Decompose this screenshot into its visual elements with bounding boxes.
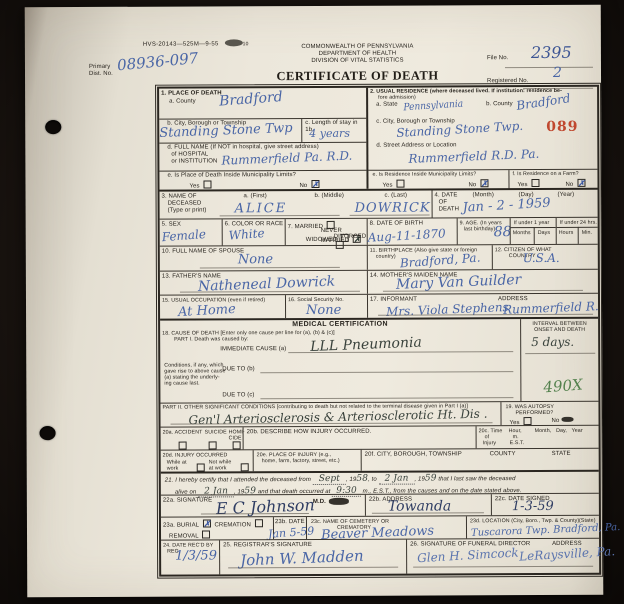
burial-location-value: Tuscarora Twp. Bradford, Pa. [471, 522, 621, 539]
box1e-no-checkbox: ✗ [311, 180, 319, 188]
race-section: 6. COLOR OR RACE White [222, 219, 285, 245]
mother-name-section: 14. MOTHER'S MAIDEN NAME Mary Van Guilde… [367, 270, 598, 294]
attendance-certification-row: 21. I hereby certify that I attended the… [161, 470, 599, 495]
age-section: 9. AGE. (In years last birthday) 88 [457, 218, 510, 244]
form-number: HVS-20143—525M—9-55 10 [143, 39, 249, 49]
funeral-director-address-value: LeRaysville, Pa. [519, 544, 616, 563]
sex-value: Female [161, 227, 206, 244]
cause-of-death-section: MEDICAL CERTIFICATION 18. CAUSE OF DEATH… [160, 319, 520, 403]
oval-stamp-icon [225, 39, 243, 46]
box1e-yes-checkbox [203, 180, 211, 188]
homicide-checkbox [233, 441, 241, 449]
immediate-cause-label: IMMEDIATE CAUSE (a) [220, 346, 286, 353]
box2c-district-code: 089 [546, 119, 578, 135]
age-under-24-hrs: If under 24 hrs. Hours Min. [556, 218, 598, 244]
interval-value: 5 days. [531, 335, 574, 349]
year-label: (Year) [558, 192, 575, 199]
due-to-b-label: DUE TO (b) [222, 366, 254, 373]
burial-cremation-section: 23a. BURIAL ✗ CREMATION REMOVAL [161, 517, 273, 539]
interval-column: INTERVAL BETWEEN ONSET AND DEATH 5 days.… [520, 319, 598, 401]
signature-stamp-mark [329, 498, 349, 505]
physician-signature-row: 22a. SIGNATURE E C Johnson M.D. 22b. ADD… [161, 493, 599, 517]
occupation-ssn-informant-row: 15. USUAL OCCUPATION (even if retired) A… [160, 293, 598, 319]
physician-signature-section: 22a. SIGNATURE E C Johnson M.D. [161, 495, 365, 517]
date-signed-section: 22c. DATE SIGNED 1-3-59 [491, 494, 599, 515]
last-name-label: c. (Last) [385, 193, 408, 200]
father-name-section: 13. FATHER'S NAME Natheneal Dowrick [160, 271, 367, 295]
informant-section: 17. INFORMANT ADDRESS Mrs. Viola Stephen… [367, 294, 598, 318]
attended-from-value: Sept [313, 474, 346, 485]
hole-punch [45, 120, 61, 134]
box2a-label: a. State [376, 102, 398, 109]
middle-name-label: b. (Middle) [315, 193, 344, 200]
parents-row: 13. FATHER'S NAME Natheneal Dowrick 14. … [160, 269, 598, 295]
spouse-value: None [238, 252, 273, 267]
time-of-injury-section: 20c. Time of Injury Hour, m. E.S.T. Mont… [476, 426, 599, 449]
cremation-checkbox [255, 519, 263, 527]
box1c-value: 4 years [309, 127, 350, 140]
box1e-label: e. Is Place of Death Inside Municipality… [167, 172, 296, 180]
stamp-number: 10 [243, 41, 249, 47]
injury-occurred-section: 20d. INJURY OCCURRED While at work Not w… [161, 450, 253, 471]
ssn-section: 16. Social Security No. None [285, 295, 367, 318]
citizenship-section: 12. CITIZEN OF WHAT COUNTRY U.S.A. [492, 245, 598, 269]
registrar-row: 24. DATE REC'D BY REG. 1/3/59 25. REGIST… [161, 538, 599, 575]
photo-background: HVS-20143—525M—9-55 10 Primary Dist. No.… [0, 0, 624, 604]
birthplace-section: 11. BIRTHPLACE (Also give state or forei… [367, 245, 492, 270]
due-to-c-label: DUE TO (c) [222, 392, 254, 399]
part-two-row: PART II. OTHER SIGNIFICANT CONDITIONS [c… [160, 401, 598, 427]
place-of-death-section: 1. PLACE OF DEATH a. County Bradford b. … [159, 88, 366, 190]
autopsy-yes-checkbox [523, 417, 531, 425]
age-under-1-year: If under 1 year Months Days [510, 218, 556, 244]
accident-checkbox [179, 442, 187, 450]
spouse-section: 10. FULL NAME OF SPOUSE None [160, 246, 367, 271]
suicide-checkbox [209, 441, 217, 449]
cause-code-value: 490X [543, 375, 584, 396]
name-and-death-date-row: 3. NAME OF DECEASED (Type or print) a. (… [160, 188, 598, 219]
box1a-label: a. County [169, 99, 196, 106]
file-no-rule [505, 67, 593, 68]
usual-residence-section: 2. USUAL RESIDENCE (where deceased lived… [366, 87, 597, 189]
date-signed-value: 1-3-59 [512, 499, 554, 514]
box1-title: 1. PLACE OF DEATH [161, 90, 222, 97]
while-at-work-checkbox [197, 463, 205, 471]
sex-section: 5. SEX Female [160, 219, 222, 245]
injury-place-row: 20d. INJURY OCCURRED While at work Not w… [161, 448, 599, 472]
box2f-label: f. Is Residence on a Farm? [512, 171, 578, 178]
medical-certification-block: MEDICAL CERTIFICATION 18. CAUSE OF DEATH… [160, 317, 598, 403]
medical-certification-title: MEDICAL CERTIFICATION [160, 319, 520, 330]
box2e-label: e. Is Residence Inside Municipality Limi… [372, 171, 476, 178]
injury-type-row: 20a. ACCIDENT SUICIDE HOMI- CIDE 20b. DE… [161, 425, 599, 450]
spouse-birthplace-citizen-row: 10. FULL NAME OF SPOUSE None 11. BIRTHPL… [160, 244, 598, 271]
box1a-value: Bradford [219, 89, 284, 110]
box2a-value: Pennsylvania [403, 99, 463, 114]
certificate-title: CERTIFICATE OF DEATH [250, 68, 465, 84]
hole-punch [40, 426, 56, 440]
date-of-birth-value: Aug-11-1870 [367, 226, 446, 244]
box2f-no-checkbox: ✗ [577, 179, 585, 187]
box2f-yes-checkbox [531, 179, 539, 187]
burial-row: 23a. BURIAL ✗ CREMATION REMOVAL 23b. DAT… [161, 515, 599, 540]
date-of-birth-section: 8. DATE OF BIRTH Aug-11-1870 [367, 218, 457, 244]
file-no-label: File No. [487, 55, 509, 62]
cemetery-section: 23c. NAME OF CEMETERY OR CREMATORY Beave… [306, 516, 466, 539]
ssn-value: None [306, 303, 341, 318]
other-conditions-section: PART II. OTHER SIGNIFICANT CONDITIONS [c… [160, 402, 500, 426]
describe-injury-section: 20b. DESCRIBE HOW INJURY OCCURRED. [243, 426, 476, 449]
primary-dist-value: 08936-097 [116, 49, 199, 74]
registrar-signature-section: 25. REGISTRAR'S SIGNATURE John W. Madden [219, 540, 406, 575]
marital-status-section: 7. MARRIED WIDOWED NEVER MARRIED ✗ DIVOR… [285, 219, 367, 245]
certificate-form: 1. PLACE OF DEATH a. County Bradford b. … [157, 85, 601, 577]
physician-signature-value: E C Johnson [216, 495, 316, 518]
accident-suicide-homicide-section: 20a. ACCIDENT SUICIDE HOMI- CIDE [161, 427, 243, 449]
attended-to-value: 2 Jan [379, 474, 415, 485]
box2e-yes-checkbox [396, 180, 404, 188]
box2d-label: d. Street Address or Location [376, 142, 456, 150]
burial-location-section: 23d. LOCATION (City, Boro., Twp. & Count… [466, 516, 599, 539]
occupation-section: 15. USUAL OCCUPATION (even if retired) A… [160, 295, 285, 319]
citizenship-value: U.S.A. [523, 251, 560, 265]
injury-location-section: 20f. CITY, BOROUGH, TOWNSHIP COUNTY STAT… [361, 449, 599, 471]
burial-checkbox: ✗ [203, 519, 211, 527]
not-while-at-work-checkbox [241, 463, 249, 471]
funeral-director-section: 26. SIGNATURE OF FUNERAL DIRECTOR ADDRES… [406, 539, 599, 574]
primary-dist-label: Primary Dist. No. [89, 64, 113, 78]
place-of-injury-section: 20e. PLACE OF INJURY (e.g., home, farm, … [253, 450, 361, 471]
registered-no-value: 2 [553, 65, 562, 81]
file-no-value: 2395 [531, 43, 572, 62]
sex-race-marital-birth-age-row: 5. SEX Female 6. COLOR OR RACE White 7. … [160, 217, 598, 246]
last-name-value: DOWRICK [355, 200, 431, 215]
autopsy-no-mark [561, 417, 573, 422]
certification-statement: 21. I hereby certify that I attended the… [161, 472, 599, 495]
first-name-value: ALICE [235, 201, 288, 216]
race-value: White [228, 226, 265, 243]
date-received-section: 24. DATE REC'D BY REG. 1/3/59 [161, 540, 219, 574]
physician-address-section: 22b. ADDRESS Towanda [365, 494, 491, 516]
autopsy-section: 19. WAS AUTOPSY PERFORMED? Yes No [500, 402, 598, 425]
box2e-no-checkbox: ✗ [480, 179, 488, 187]
date-of-death-section: 4. DATE OF DEATH (Month) (Day) (Year) Ja… [432, 190, 598, 218]
occupation-value: At Home [178, 302, 236, 320]
date-received-value: 1/3/59 [175, 548, 217, 563]
name-of-deceased-section: 3. NAME OF DECEASED (Type or print) a. (… [160, 190, 432, 218]
removal-checkbox [202, 530, 210, 538]
burial-date-section: 23b. DATE Jan 5-59 [273, 517, 306, 539]
first-name-label: a. (First) [244, 193, 267, 200]
place-and-residence-row: 1. PLACE OF DEATH a. County Bradford b. … [159, 87, 597, 190]
org-line: DIVISION OF VITAL STATISTICS [250, 58, 465, 66]
box2b-label: b. County [486, 101, 513, 108]
death-certificate-paper: HVS-20143—525M—9-55 10 Primary Dist. No.… [25, 5, 604, 598]
agency-block: COMMONWEALTH OF PENNSYLVANIA DEPARTMENT … [250, 43, 465, 84]
